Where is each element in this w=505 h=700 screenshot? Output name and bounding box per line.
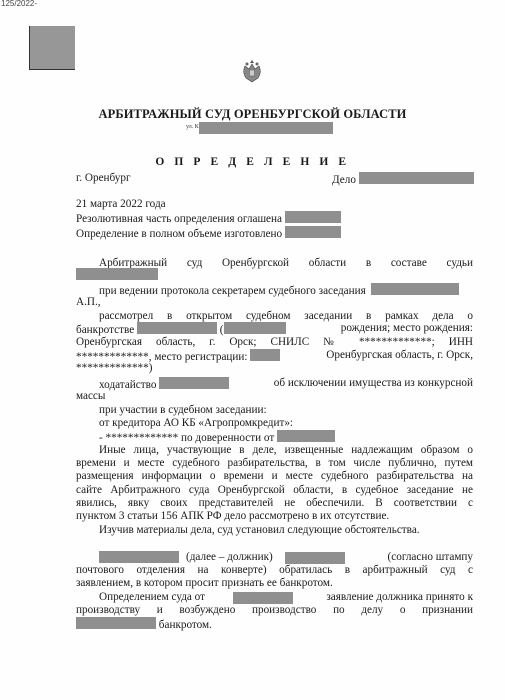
date: 21 марта 2022 года	[76, 198, 166, 211]
court-address: ул. К	[186, 122, 333, 134]
redaction	[277, 430, 335, 442]
paragraph-text: производству и возбуждено производство п…	[76, 604, 473, 617]
paragraph-text: Иные лица, участвующие в деле, извещенны…	[99, 444, 473, 457]
document-title: О П Р Е Д Е Л Е Н И Е	[0, 156, 505, 168]
paragraph-text: почтового отделения на конверте) обратил…	[76, 564, 473, 577]
paragraph-text: явились, явку своих представителей не об…	[76, 497, 473, 510]
case-number: Дело	[332, 172, 474, 187]
redaction	[76, 617, 156, 629]
full-decision-made: Определение в полном объеме изготовлено	[76, 226, 341, 241]
paragraph-text: при участии в судебном заседании:	[99, 404, 267, 417]
redaction	[285, 226, 341, 238]
paragraph-text: банкротом.	[76, 617, 212, 632]
court-name: АРБИТРАЖНЫЙ СУД ОРЕНБУРГСКОЙ ОБЛАСТИ	[0, 107, 505, 122]
paragraph-text: массы	[76, 390, 105, 403]
redaction	[359, 172, 474, 184]
paragraph-text: сайте Арбитражного суда Оренбургской обл…	[76, 484, 473, 497]
redaction	[199, 122, 333, 134]
redaction	[285, 552, 345, 564]
paragraph-text: А.П.,	[76, 296, 101, 309]
redacted-stamp	[29, 26, 75, 70]
redaction	[224, 322, 286, 334]
redaction	[285, 211, 341, 223]
paragraph-text: *************)	[76, 362, 152, 375]
redaction	[99, 551, 179, 563]
russian-coat-of-arms-icon	[241, 58, 263, 86]
paragraph-text: Оренбургская область, г. Орск; СНИЛС № *…	[76, 336, 473, 349]
paragraph-text: заявлением, в котором просит признать ее…	[76, 577, 333, 590]
paragraph-text: ходатайство об исключении имущества из к…	[99, 377, 473, 392]
paragraph-text: при ведении протокола секретарем судебно…	[99, 283, 459, 298]
redaction	[159, 377, 229, 389]
paragraph-text: Определением суда от заявление должника …	[99, 591, 473, 604]
paragraph-text: времени и месте судебного разбирательств…	[76, 457, 473, 470]
page-corner-label: 125/2022-	[1, 0, 37, 8]
resolution-announced: Резолютивная часть определения оглашена	[76, 211, 341, 226]
paragraph-text: Изучив материалы дела, суд установил сле…	[99, 524, 420, 537]
paragraph-text: размещения информации о времени и месте …	[76, 470, 473, 483]
paragraph-text: пунктом 3 статьи 156 АПК РФ дело рассмот…	[76, 510, 389, 523]
city: г. Оренбург	[76, 172, 131, 185]
redaction	[371, 283, 459, 295]
redaction	[250, 349, 280, 361]
redaction	[76, 268, 158, 280]
redaction	[233, 592, 293, 604]
redaction	[137, 322, 217, 334]
paragraph-text: от кредитора АО КБ «Агропромкредит»:	[99, 417, 293, 430]
